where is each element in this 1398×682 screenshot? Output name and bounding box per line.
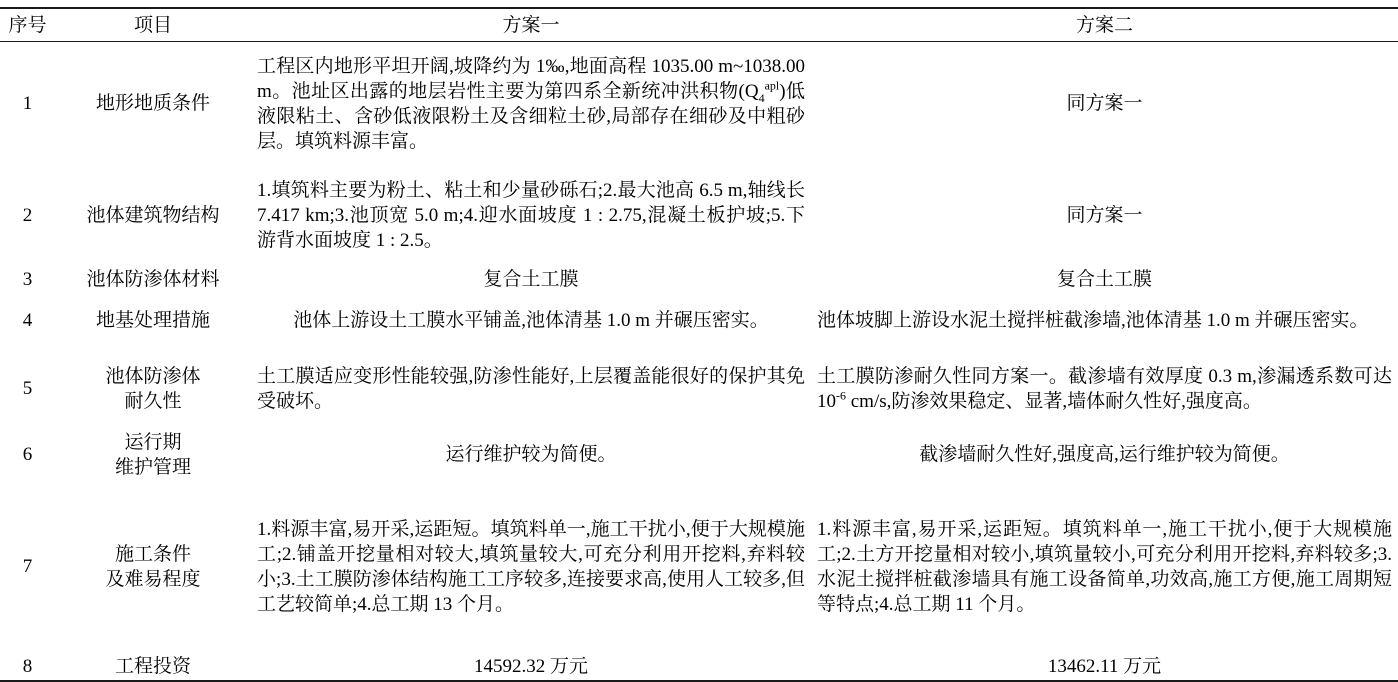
row-no: 8 [0, 653, 55, 681]
item-cell: 地基处理措施 [55, 293, 251, 349]
row-no: 2 [0, 166, 55, 266]
scheme-comparison-table: 序号 项目 方案一 方案二 1 地形地质条件 工程区内地形平坦开阔,坡降约为 1… [0, 7, 1398, 682]
table-row: 2 池体建筑物结构 1.填筑料主要为粉土、粘土和少量砂砾石;2.最大池高 6.5… [0, 166, 1398, 266]
item-cell: 池体建筑物结构 [55, 166, 251, 266]
header-row: 序号 项目 方案一 方案二 [0, 8, 1398, 42]
item-cell: 运行期 维护管理 [55, 429, 251, 481]
row-no: 7 [0, 481, 55, 653]
plan2-cell: 13462.11 万元 [811, 653, 1398, 681]
item-cell: 池体防渗体 耐久性 [55, 349, 251, 429]
col-header-item: 项目 [55, 8, 251, 42]
item-cell: 工程投资 [55, 653, 251, 681]
plan1-cell: 1.料源丰富,易开采,运距短。填筑料单一,施工干扰小,便于大规模施工;2.铺盖开… [251, 481, 811, 653]
table-row: 7 施工条件 及难易程度 1.料源丰富,易开采,运距短。填筑料单一,施工干扰小,… [0, 481, 1398, 653]
col-header-plan1: 方案一 [251, 8, 811, 42]
row-no: 1 [0, 42, 55, 166]
plan2-cell: 土工膜防渗耐久性同方案一。截渗墙有效厚度 0.3 m,渗漏透系数可达 10-6 … [811, 349, 1398, 429]
plan1-cell: 1.填筑料主要为粉土、粘土和少量砂砾石;2.最大池高 6.5 m,轴线长 7.4… [251, 166, 811, 266]
item-cell: 地形地质条件 [55, 42, 251, 166]
plan1-cell: 工程区内地形平坦开阔,坡降约为 1‰,地面高程 1035.00 m~1038.0… [251, 42, 811, 166]
table-row: 4 地基处理措施 池体上游设土工膜水平铺盖,池体清基 1.0 m 并碾压密实。 … [0, 293, 1398, 349]
plan2-cell: 同方案一 [811, 42, 1398, 166]
plan1-cell: 运行维护较为简便。 [251, 429, 811, 481]
plan1-cell: 土工膜适应变形性能较强,防渗性能好,上层覆盖能很好的保护其免受破坏。 [251, 349, 811, 429]
col-header-plan2: 方案二 [811, 8, 1398, 42]
table-row: 3 池体防渗体材料 复合土工膜 复合土工膜 [0, 266, 1398, 293]
col-header-no: 序号 [0, 8, 55, 42]
plan2-cell: 同方案一 [811, 166, 1398, 266]
plan2-cell: 截渗墙耐久性好,强度高,运行维护较为简便。 [811, 429, 1398, 481]
table-header: 序号 项目 方案一 方案二 [0, 8, 1398, 42]
plan1-cell: 池体上游设土工膜水平铺盖,池体清基 1.0 m 并碾压密实。 [251, 293, 811, 349]
table-row: 1 地形地质条件 工程区内地形平坦开阔,坡降约为 1‰,地面高程 1035.00… [0, 42, 1398, 166]
plan1-cell: 14592.32 万元 [251, 653, 811, 681]
item-cell: 施工条件 及难易程度 [55, 481, 251, 653]
item-cell: 池体防渗体材料 [55, 266, 251, 293]
table-row: 5 池体防渗体 耐久性 土工膜适应变形性能较强,防渗性能好,上层覆盖能很好的保护… [0, 349, 1398, 429]
table-row: 6 运行期 维护管理 运行维护较为简便。 截渗墙耐久性好,强度高,运行维护较为简… [0, 429, 1398, 481]
plan1-cell: 复合土工膜 [251, 266, 811, 293]
row-no: 3 [0, 266, 55, 293]
row-no: 5 [0, 349, 55, 429]
plan2-cell: 复合土工膜 [811, 266, 1398, 293]
plan2-cell: 池体坡脚上游设水泥土搅拌桩截渗墙,池体清基 1.0 m 并碾压密实。 [811, 293, 1398, 349]
plan2-cell: 1.料源丰富,易开采,运距短。填筑料单一,施工干扰小,便于大规模施工;2.土方开… [811, 481, 1398, 653]
row-no: 6 [0, 429, 55, 481]
document-page: 序号 项目 方案一 方案二 1 地形地质条件 工程区内地形平坦开阔,坡降约为 1… [0, 0, 1398, 682]
table-row: 8 工程投资 14592.32 万元 13462.11 万元 [0, 653, 1398, 681]
row-no: 4 [0, 293, 55, 349]
